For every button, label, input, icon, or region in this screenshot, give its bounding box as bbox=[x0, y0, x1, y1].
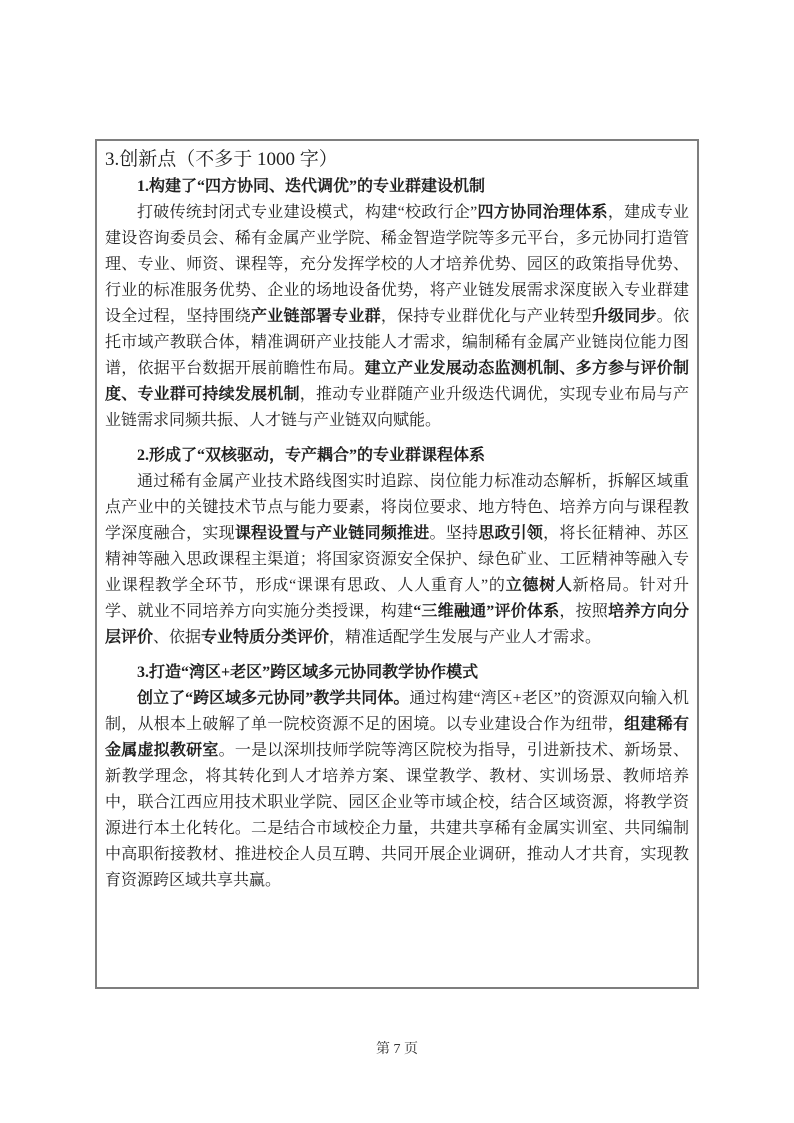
bold-text-run: 课程设置与产业链同频推进 bbox=[235, 525, 430, 542]
text-run: 。坚持 bbox=[430, 525, 479, 542]
text-run: 打破传统封闭式专业建设模式，构建“校政行企” bbox=[137, 204, 477, 221]
bold-text-run: 升级同步 bbox=[592, 308, 657, 325]
innovation-content: 1.构建了“四方协同、迭代调优”的专业群建设机制打破传统封闭式专业建设模式，构建… bbox=[105, 174, 689, 894]
bold-text-run: 创立了“跨区域多元协同”教学共同体。 bbox=[137, 690, 409, 707]
bold-text-run: 专业特质分类评价 bbox=[201, 629, 329, 646]
content-paragraph: 创立了“跨区域多元协同”教学共同体。通过构建“湾区+老区”的资源双向输入机制，从… bbox=[105, 686, 689, 894]
text-run: ，保持专业群优化与产业转型 bbox=[381, 308, 592, 325]
content-heading: 1.构建了“四方协同、迭代调优”的专业群建设机制 bbox=[105, 174, 689, 200]
bold-text-run: 3.打造“湾区+老区”跨区域多元协同教学协作模式 bbox=[137, 664, 478, 681]
section-title: 3.创新点（不多于 1000 字） bbox=[105, 145, 689, 174]
text-run: 。一是以深圳技师学院等湾区院校为指导，引进新技术、新场景、新教学理念，将其转化到… bbox=[105, 742, 689, 889]
text-run: 、依据 bbox=[153, 629, 201, 646]
document-page: 3.创新点（不多于 1000 字） 1.构建了“四方协同、迭代调优”的专业群建设… bbox=[0, 0, 794, 1123]
bold-text-run: 思政引领 bbox=[478, 525, 543, 542]
bold-text-run: 2.形成了“双核驱动，专产耦合”的专业群课程体系 bbox=[137, 447, 485, 464]
innovation-section-cell: 3.创新点（不多于 1000 字） 1.构建了“四方协同、迭代调优”的专业群建设… bbox=[95, 139, 699, 989]
text-run: ，精准适配学生发展与产业人才需求。 bbox=[329, 629, 601, 646]
content-heading: 2.形成了“双核驱动，专产耦合”的专业群课程体系 bbox=[105, 443, 689, 469]
bold-text-run: 四方协同治理体系 bbox=[477, 204, 608, 221]
bold-text-run: 立德树人 bbox=[506, 577, 573, 594]
content-heading: 3.打造“湾区+老区”跨区域多元协同教学协作模式 bbox=[105, 660, 689, 686]
text-run: ，建成专业建设咨询委员会、稀有金属产业学院、稀金智造学院等多元平台，多元协同打造… bbox=[105, 204, 689, 325]
bold-text-run: “三维融通”评价体系 bbox=[413, 603, 559, 620]
page-number: 第 7 页 bbox=[376, 1042, 418, 1057]
bold-text-run: 产业链部署专业群 bbox=[251, 308, 381, 325]
bold-text-run: 1.构建了“四方协同、迭代调优”的专业群建设机制 bbox=[137, 178, 485, 195]
content-paragraph: 打破传统封闭式专业建设模式，构建“校政行企”四方协同治理体系，建成专业建设咨询委… bbox=[105, 200, 689, 434]
content-paragraph: 通过稀有金属产业技术路线图实时追踪、岗位能力标准动态解析，拆解区域重点产业中的关… bbox=[105, 469, 689, 651]
page-footer: 第 7 页 bbox=[0, 1040, 794, 1060]
text-run: ，按照 bbox=[559, 603, 608, 620]
